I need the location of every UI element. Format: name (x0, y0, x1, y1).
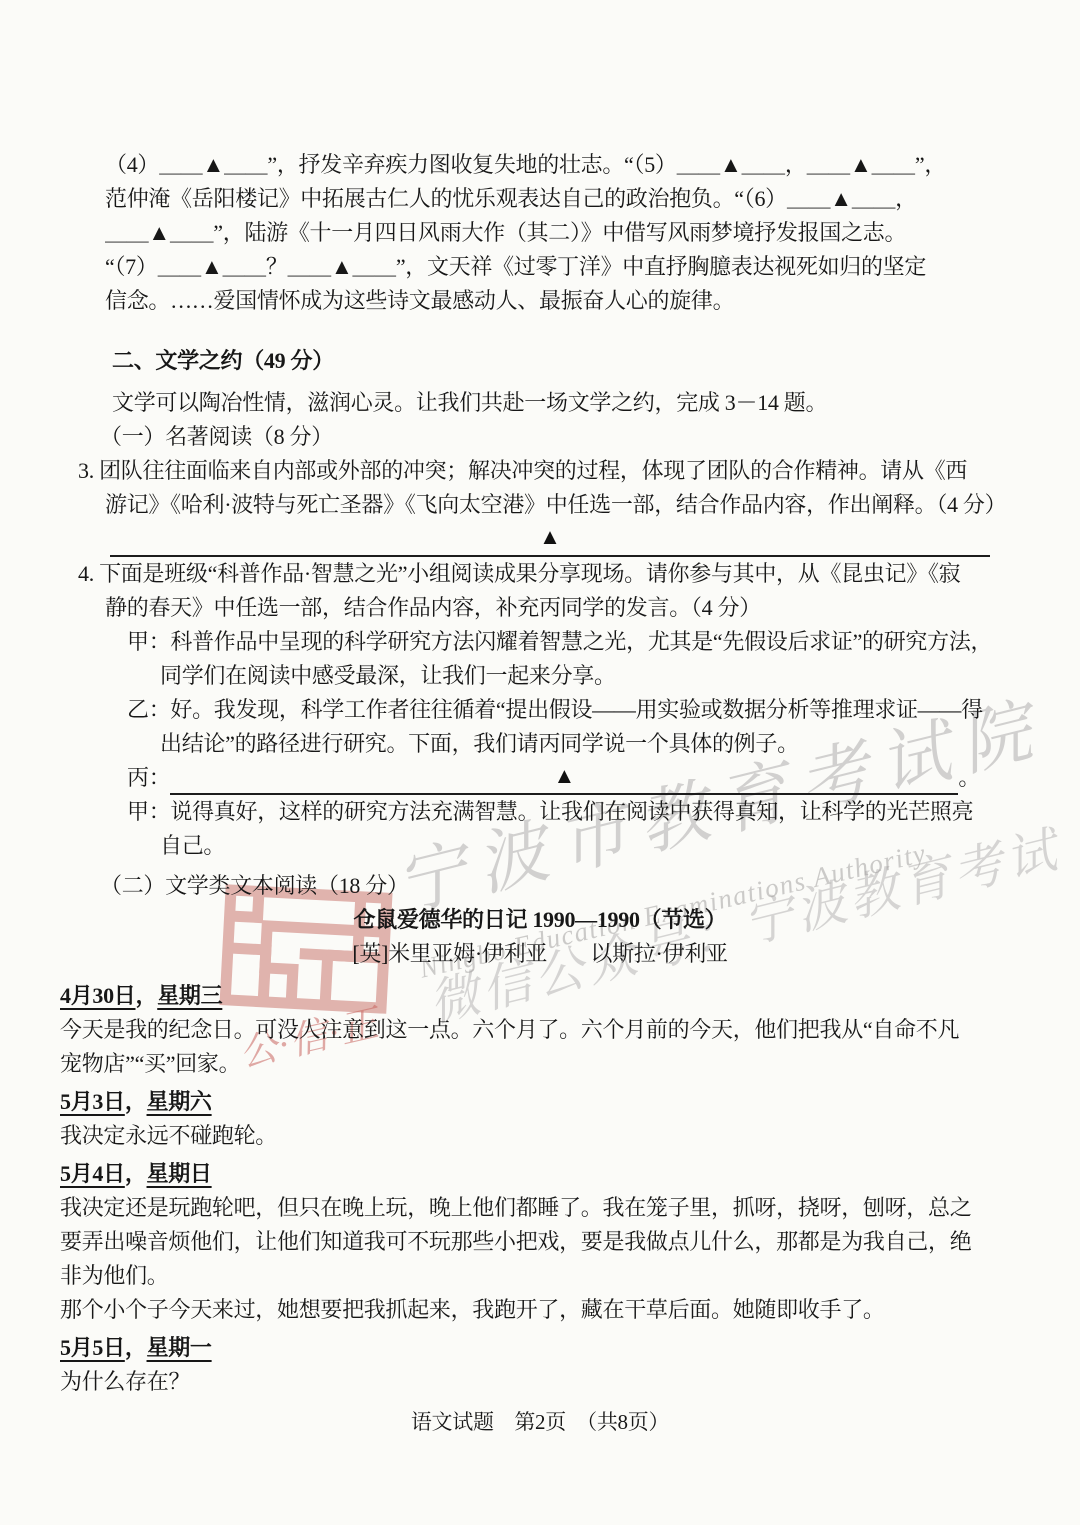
section-intro: 文学可以陶冶性情，滋润心灵。让我们共赴一场文学之约，完成 3－14 题。 (0, 386, 1080, 420)
dictation-line: 范仲淹《岳阳楼记》中拓展古仁人的忧乐观表达自己的政治抱负。“（6）＿＿▲＿＿， (0, 182, 1080, 216)
diary-date: 4月30日 (60, 983, 136, 1008)
subsection-heading-2: （二）文学类文本阅读（18 分） (0, 869, 1080, 903)
diary-date-separator: ， (125, 1335, 147, 1360)
question-4-line: 静的春天》中任选一部，结合作品内容，补充丙同学的发言。（4 分） (0, 591, 1080, 625)
diary-date-separator: ， (125, 1161, 147, 1186)
diary-text-line: 我决定永远不碰跑轮。 (0, 1119, 1080, 1153)
dialog-yi-line: 出结论”的路径进行研究。下面，我们请丙同学说一个具体的例子。 (0, 727, 1080, 761)
diary-weekday: 星期日 (147, 1161, 212, 1186)
question-4-line: 4. 下面是班级“科普作品·智慧之光”小组阅读成果分享现场。请你参与其中，从《昆… (0, 557, 1080, 591)
diary-date-heading: 5月5日，星期一 (0, 1331, 1080, 1365)
diary-date-separator: ， (125, 1089, 147, 1114)
diary-text-line: 今天是我的纪念日。可没人注意到这一点。六个月了。六个月前的今天，他们把我从“自命… (0, 1013, 1080, 1047)
answer-placeholder-triangle: ▲ (539, 524, 561, 549)
diary-text-line: 为什么存在？ (0, 1365, 1080, 1399)
exam-paper-page: 宁波市教育考试院 Ningbo Education Examinations A… (0, 0, 1080, 1525)
section-heading: 二、文学之约（49 分） (0, 344, 1080, 378)
question-3-line: 3. 团队往往面临来自内部或外部的冲突；解决冲突的过程，体现了团队的合作精神。请… (0, 454, 1080, 488)
diary-date-heading: 4月30日，星期三 (0, 979, 1080, 1013)
answer-placeholder-triangle: ▲ (554, 763, 576, 788)
diary-text-line: 要弄出噪音烦他们，让他们知道我可不玩那些小把戏，要是我做点儿什么，那都是为我自己… (0, 1225, 1080, 1259)
diary-date-separator: ， (136, 983, 158, 1008)
dictation-line: “（7）＿＿▲＿＿？＿＿▲＿＿”，文天祥《过零丁洋》中直抒胸臆表达视死如归的坚定 (0, 250, 1080, 284)
question-3-answer-line: ▲ (110, 522, 990, 557)
exam-content: （4）＿＿▲＿＿”，抒发辛弃疾力图收复失地的壮志。“（5）＿＿▲＿＿，＿＿▲＿＿… (0, 0, 1080, 1439)
dictation-line: （4）＿＿▲＿＿”，抒发辛弃疾力图收复失地的壮志。“（5）＿＿▲＿＿，＿＿▲＿＿… (0, 148, 1080, 182)
dialog-jia-line: 甲：说得真好，这样的研究方法充满智慧。让我们在阅读中获得真知，让科学的光芒照亮 (0, 795, 1080, 829)
diary-date-heading: 5月3日，星期六 (0, 1085, 1080, 1119)
dictation-line: 信念。……爱国情怀成为这些诗文最感动人、最振奋人心的旋律。 (0, 284, 1080, 318)
diary-date: 5月5日 (60, 1335, 125, 1360)
passage-title: 仓鼠爱德华的日记 1990—1990（节选） (0, 903, 1080, 937)
dialog-jia-line: 甲：科普作品中呈现的科学研究方法闪耀着智慧之光，尤其是“先假设后求证”的研究方法… (0, 625, 1080, 659)
question-3-line: 游记》《哈利·波特与死亡圣器》《飞向太空港》中任选一部，结合作品内容，作出阐释。… (0, 488, 1080, 522)
dialog-bing-answer-row: 丙：▲。 (0, 761, 1080, 795)
diary-text-line: 宠物店”“买”回家。 (0, 1047, 1080, 1081)
bing-answer-line: ▲ (170, 763, 958, 795)
diary-text-line: 非为他们。 (0, 1259, 1080, 1293)
diary-weekday: 星期三 (157, 983, 222, 1008)
subsection-heading-1: （一）名著阅读（8 分） (0, 420, 1080, 454)
diary-weekday: 星期六 (147, 1089, 212, 1114)
diary-date: 5月4日 (60, 1161, 125, 1186)
diary-text-line: 我决定还是玩跑轮吧，但只在晚上玩，晚上他们都睡了。我在笼子里，抓呀，挠呀，刨呀，… (0, 1191, 1080, 1225)
diary-date: 5月3日 (60, 1089, 125, 1114)
dialog-yi-line: 乙：好。我发现，科学工作者往往循着“提出假设——用实验或数据分析等推理求证——得 (0, 693, 1080, 727)
diary-date-heading: 5月4日，星期日 (0, 1157, 1080, 1191)
diary-text-line: 那个小个子今天来过，她想要把我抓起来，我跑开了，藏在干草后面。她随即收手了。 (0, 1293, 1080, 1327)
page-footer: 语文试题 第2页 （共8页） (0, 1405, 1080, 1439)
dialog-jia-line: 同学们在阅读中感受最深，让我们一起来分享。 (0, 659, 1080, 693)
passage-byline: [英]米里亚姆·伊利亚 以斯拉·伊利亚 (0, 937, 1080, 971)
dictation-line: ＿＿▲＿＿”，陆游《十一月四日风雨大作（其二）》中借写风雨梦境抒发报国之志。 (0, 216, 1080, 250)
diary-weekday: 星期一 (147, 1335, 212, 1360)
bing-answer-period: 。 (958, 765, 980, 790)
dialog-jia-line: 自己。 (0, 829, 1080, 863)
dialog-bing-speaker: 丙： (127, 765, 170, 790)
